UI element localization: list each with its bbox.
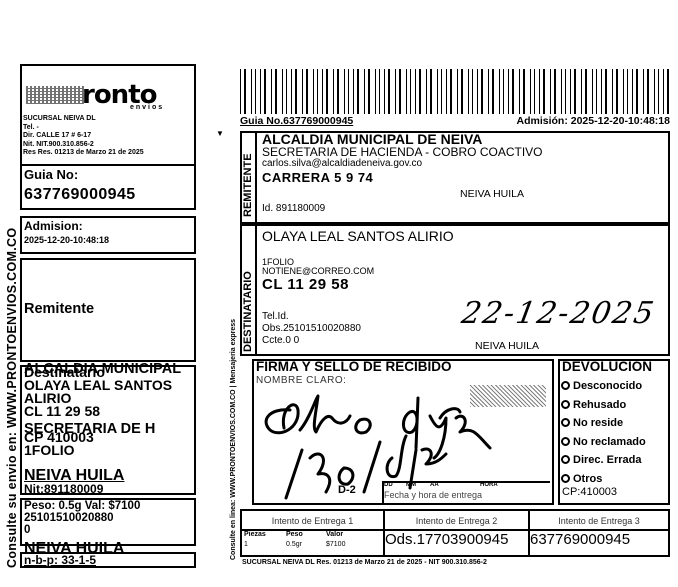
registration-mark: ▼ (216, 129, 224, 138)
option-label: Desconocido (573, 380, 642, 392)
guia-line-admision: Admisión: 2025-12-20-10:48:18 (517, 115, 671, 127)
devolucion-option[interactable]: No reclamado (561, 433, 646, 452)
devolucion-option[interactable]: Direc. Errada (561, 451, 646, 470)
ods-number: Ods.17703900945 (385, 531, 508, 548)
piezas-value: 1 (244, 541, 248, 548)
label-vertical-url: Consulte en linea: WWW.PRONTOENVIOS.COM.… (230, 319, 237, 560)
branch-info: SUCURSAL NEIVA DL Tel. - Dir. CALLE 17 #… (23, 115, 144, 158)
destinatario-email: NOTIENE@CORREO.COM (262, 267, 374, 276)
branch-nit: Nit. NIT.900.310.856-2 (23, 141, 144, 150)
radio-icon (561, 418, 570, 427)
destinatario-details: Tel.Id. Obs.25101510020880 Ccte.0 0 (262, 311, 361, 347)
pronto-logo: ronto envios (26, 80, 194, 108)
stub-peso-line: Peso: 0.5g Val: $7100 (24, 500, 140, 512)
destinatario-side-label: DESTINATARIO (242, 271, 254, 352)
nombre-claro-label: NOMBRE CLARO: (256, 375, 346, 386)
stub-destinatario-folio: 1FOLIO (24, 444, 172, 457)
guia-label: Guia No: (24, 167, 78, 182)
option-label: Direc. Errada (573, 454, 641, 466)
handwritten-date: 22-12-2025 (459, 296, 658, 331)
guia-number: 637769000945 (24, 186, 136, 204)
nbp-code: n-b-p: 33-1-5 (24, 553, 96, 567)
footer-text: SUCURSAL NEIVA DL Res. 01213 de Marzo 21… (242, 559, 487, 566)
stub-remitente-label: Remitente (24, 299, 181, 319)
intento-2: Intento de Entrega 2 (385, 511, 530, 531)
handwritten-prefix: D-2 (338, 484, 356, 496)
valor-value: $7100 (326, 541, 345, 548)
stub-destinatario-city: NEIVA HUILA (24, 469, 172, 482)
option-label: No reclamado (573, 436, 646, 448)
destinatario-cte: Ccte.0 0 (262, 335, 361, 347)
remitente-side-label: REMITENTE (242, 153, 254, 217)
fecha-entrega-label: Fecha y hora de entrega (384, 490, 482, 500)
destinatario-name: OLAYA LEAL SANTOS ALIRIO (262, 228, 454, 244)
radio-icon (561, 474, 570, 483)
remitente-city: NEIVA HUILA (460, 188, 524, 200)
destinatario-folio-email: 1FOLIO NOTIENE@CORREO.COM (262, 258, 374, 276)
destinatario-tel: Tel.Id. (262, 311, 361, 323)
peso-header: Peso (286, 531, 303, 538)
branch-res: Res Res. 01213 de Marzo 21 de 2025 (23, 149, 144, 158)
stub-cte: 0 (24, 524, 140, 536)
valor-header: Valor (326, 531, 343, 538)
devolucion-option[interactable]: Rehusado (561, 396, 646, 415)
fecha-col-mm: MM (406, 482, 416, 488)
remitente-id: Id. 891180009 (262, 203, 325, 214)
remitente-address: CARRERA 5 9 74 (262, 170, 373, 185)
devolucion-option[interactable]: No reside (561, 414, 646, 433)
peso-value: 0.5gr (286, 541, 302, 548)
admision-label: Admision: (24, 219, 83, 233)
fecha-col-dd: DD (384, 482, 393, 488)
radio-icon (561, 437, 570, 446)
intento-3: Intento de Entrega 3 (530, 511, 668, 531)
option-label: No reside (573, 417, 623, 429)
guia-line-number: Guia No.637769000945 (240, 115, 353, 127)
option-label: Rehusado (573, 399, 626, 411)
logo-sub: envios (130, 104, 164, 111)
branch-tel: Tel. - (23, 124, 144, 133)
radio-icon (561, 381, 570, 390)
stub-peso: Peso: 0.5g Val: $7100 25101510020880 0 (24, 500, 140, 536)
branch-dir: Dir. CALLE 17 # 6-17 (23, 132, 144, 141)
destinatario-obs: Obs.25101510020880 (262, 323, 361, 335)
option-label: Otros (573, 473, 602, 485)
guia-admision-line: Guia No.637769000945 Admisión: 2025-12-2… (240, 115, 670, 127)
radio-icon (561, 455, 570, 464)
radio-icon (561, 400, 570, 409)
logo-mark-icon (26, 86, 84, 104)
admision-value: 2025-12-20-10:48:18 (24, 235, 109, 245)
guia-number-bottom: 637769000945 (530, 531, 630, 548)
branch-name: SUCURSAL NEIVA DL (23, 115, 144, 124)
remitente-email: carlos.silva@alcaldiadeneiva.gov.co (262, 158, 422, 169)
stub-destinatario-address: CL 11 29 58 (24, 405, 172, 418)
piezas-header: Piezas (244, 531, 266, 538)
devolucion-title: DEVOLUCION (562, 359, 652, 374)
firma-title: FIRMA Y SELLO DE RECIBIDO (256, 359, 452, 374)
devolucion-options: Desconocido Rehusado No reside No reclam… (561, 377, 646, 488)
destinatario-city: NEIVA HUILA (475, 340, 539, 352)
remitente-dept: SECRETARIA DE HACIENDA - COBRO COACTIVO (262, 145, 543, 159)
fecha-col-aa: AA (430, 482, 439, 488)
fecha-col-hora: HORA (480, 482, 498, 488)
stub-obs-number: 25101510020880 (24, 512, 140, 524)
devolucion-option[interactable]: Desconocido (561, 377, 646, 396)
intento-1: Intento de Entrega 1 (242, 511, 385, 531)
devolucion-cp: CP:410003 (562, 486, 617, 498)
destinatario-address: CL 11 29 58 (262, 276, 349, 293)
stub-destinatario: Destinatario OLAYA LEAL SANTOS ALIRIO CL… (24, 366, 172, 482)
barcode (240, 69, 670, 114)
stub-vertical-url: Consulte su envio en: WWW.PRONTOENVIOS.C… (5, 228, 19, 568)
